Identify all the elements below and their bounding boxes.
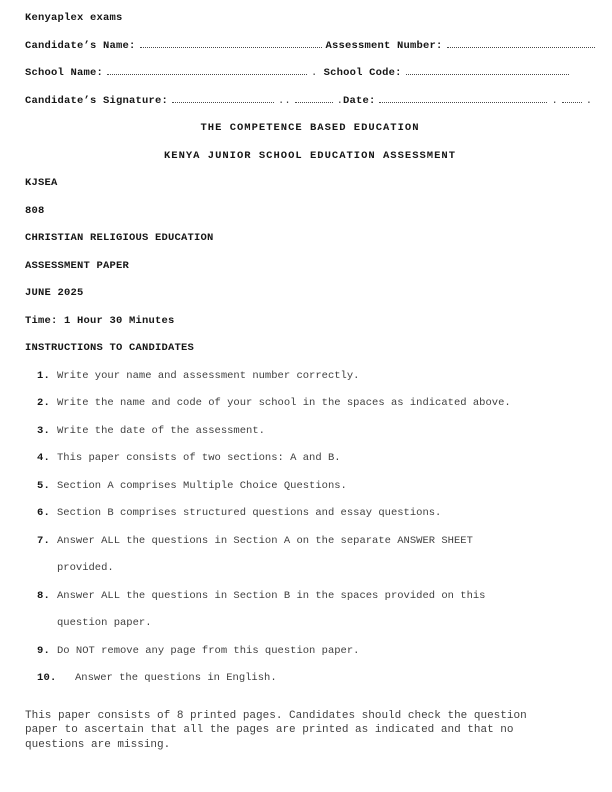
instruction-number: 9. [37, 638, 57, 666]
instructions-heading: INSTRUCTIONS TO CANDIDATES [25, 335, 595, 363]
instruction-item-2: 2. Write the name and code of your schoo… [37, 390, 595, 418]
instruction-text: Answer ALL the questions in Section B in… [57, 583, 527, 638]
program-title: THE COMPETENCE BASED EDUCATION [25, 115, 595, 143]
candidate-name-label: Candidate’s Name: [25, 40, 136, 52]
instruction-text: Write your name and assessment number co… [57, 363, 359, 391]
instruction-number: 5. [37, 473, 57, 501]
instruction-text: This paper consists of two sections: A a… [57, 445, 341, 473]
candidate-signature-label: Candidate’s Signature: [25, 95, 168, 107]
separator-double-period: .. [278, 95, 291, 107]
school-code-label: School Code: [324, 67, 402, 79]
date-fill-line [379, 99, 547, 103]
instruction-text: Answer ALL the questions in Section A on… [57, 528, 527, 583]
instruction-text: Write the date of the assessment. [57, 418, 265, 446]
instruction-item-10: 10. Answer the questions in English. [37, 665, 595, 693]
assessment-number-fill-line [447, 44, 595, 48]
school-name-fill-line [107, 71, 307, 75]
instruction-item-7: 7. Answer ALL the questions in Section A… [37, 528, 595, 583]
instruction-text: Section B comprises structured questions… [57, 500, 441, 528]
instruction-number: 3. [37, 418, 57, 446]
brand-title: Kenyaplex exams [25, 5, 595, 33]
separator-period-4: . [586, 95, 592, 107]
instruction-item-1: 1. Write your name and assessment number… [37, 363, 595, 391]
paper-code: 808 [25, 198, 595, 226]
date-fill-line-2 [562, 99, 582, 103]
signature-fill-line [172, 99, 274, 103]
instruction-item-4: 4. This paper consists of two sections: … [37, 445, 595, 473]
signature-date-row: Candidate’s Signature:...Date:.. [25, 88, 595, 116]
instruction-item-5: 5. Section A comprises Multiple Choice Q… [37, 473, 595, 501]
instructions-list: 1. Write your name and assessment number… [37, 363, 595, 693]
school-code-fill-line [406, 71, 569, 75]
time-allowed: Time: 1 Hour 30 Minutes [25, 308, 595, 336]
instruction-number: 7. [37, 528, 57, 583]
instruction-number: 10. [37, 665, 57, 693]
subject-title: CHRISTIAN RELIGIOUS EDUCATION [25, 225, 595, 253]
school-name-row: School Name:. School Code: [25, 60, 595, 88]
instruction-item-6: 6. Section B comprises structured questi… [37, 500, 595, 528]
candidate-name-row: Candidate’s Name:Assessment Number: [25, 33, 595, 61]
instruction-number: 1. [37, 363, 57, 391]
assessment-title: KENYA JUNIOR SCHOOL EDUCATION ASSESSMENT [25, 143, 595, 171]
candidate-name-fill-line [140, 44, 322, 48]
instruction-number: 8. [37, 583, 57, 638]
separator-period-3: . [551, 95, 557, 107]
instruction-text: Write the name and code of your school i… [57, 390, 511, 418]
separator-period: . [311, 67, 317, 79]
printed-pages-note: This paper consists of 8 printed pages. … [25, 709, 550, 753]
instruction-item-3: 3. Write the date of the assessment. [37, 418, 595, 446]
paper-title: ASSESSMENT PAPER [25, 253, 595, 281]
instruction-number: 2. [37, 390, 57, 418]
instruction-item-9: 9. Do NOT remove any page from this ques… [37, 638, 595, 666]
instruction-text: Do NOT remove any page from this questio… [57, 638, 359, 666]
assessment-abbreviation: KJSEA [25, 170, 595, 198]
instruction-item-8: 8. Answer ALL the questions in Section B… [37, 583, 595, 638]
date-label: Date: [343, 95, 376, 107]
school-name-label: School Name: [25, 67, 103, 79]
instruction-text: Section A comprises Multiple Choice Ques… [57, 473, 347, 501]
instruction-number: 6. [37, 500, 57, 528]
instruction-number: 4. [37, 445, 57, 473]
signature-fill-line-2 [295, 99, 333, 103]
instruction-text: Answer the questions in English. [75, 665, 277, 693]
exam-session: JUNE 2025 [25, 280, 595, 308]
assessment-number-label: Assessment Number: [326, 40, 443, 52]
exam-paper-cover-page: Kenyaplex exams Candidate’s Name:Assessm… [0, 0, 612, 792]
